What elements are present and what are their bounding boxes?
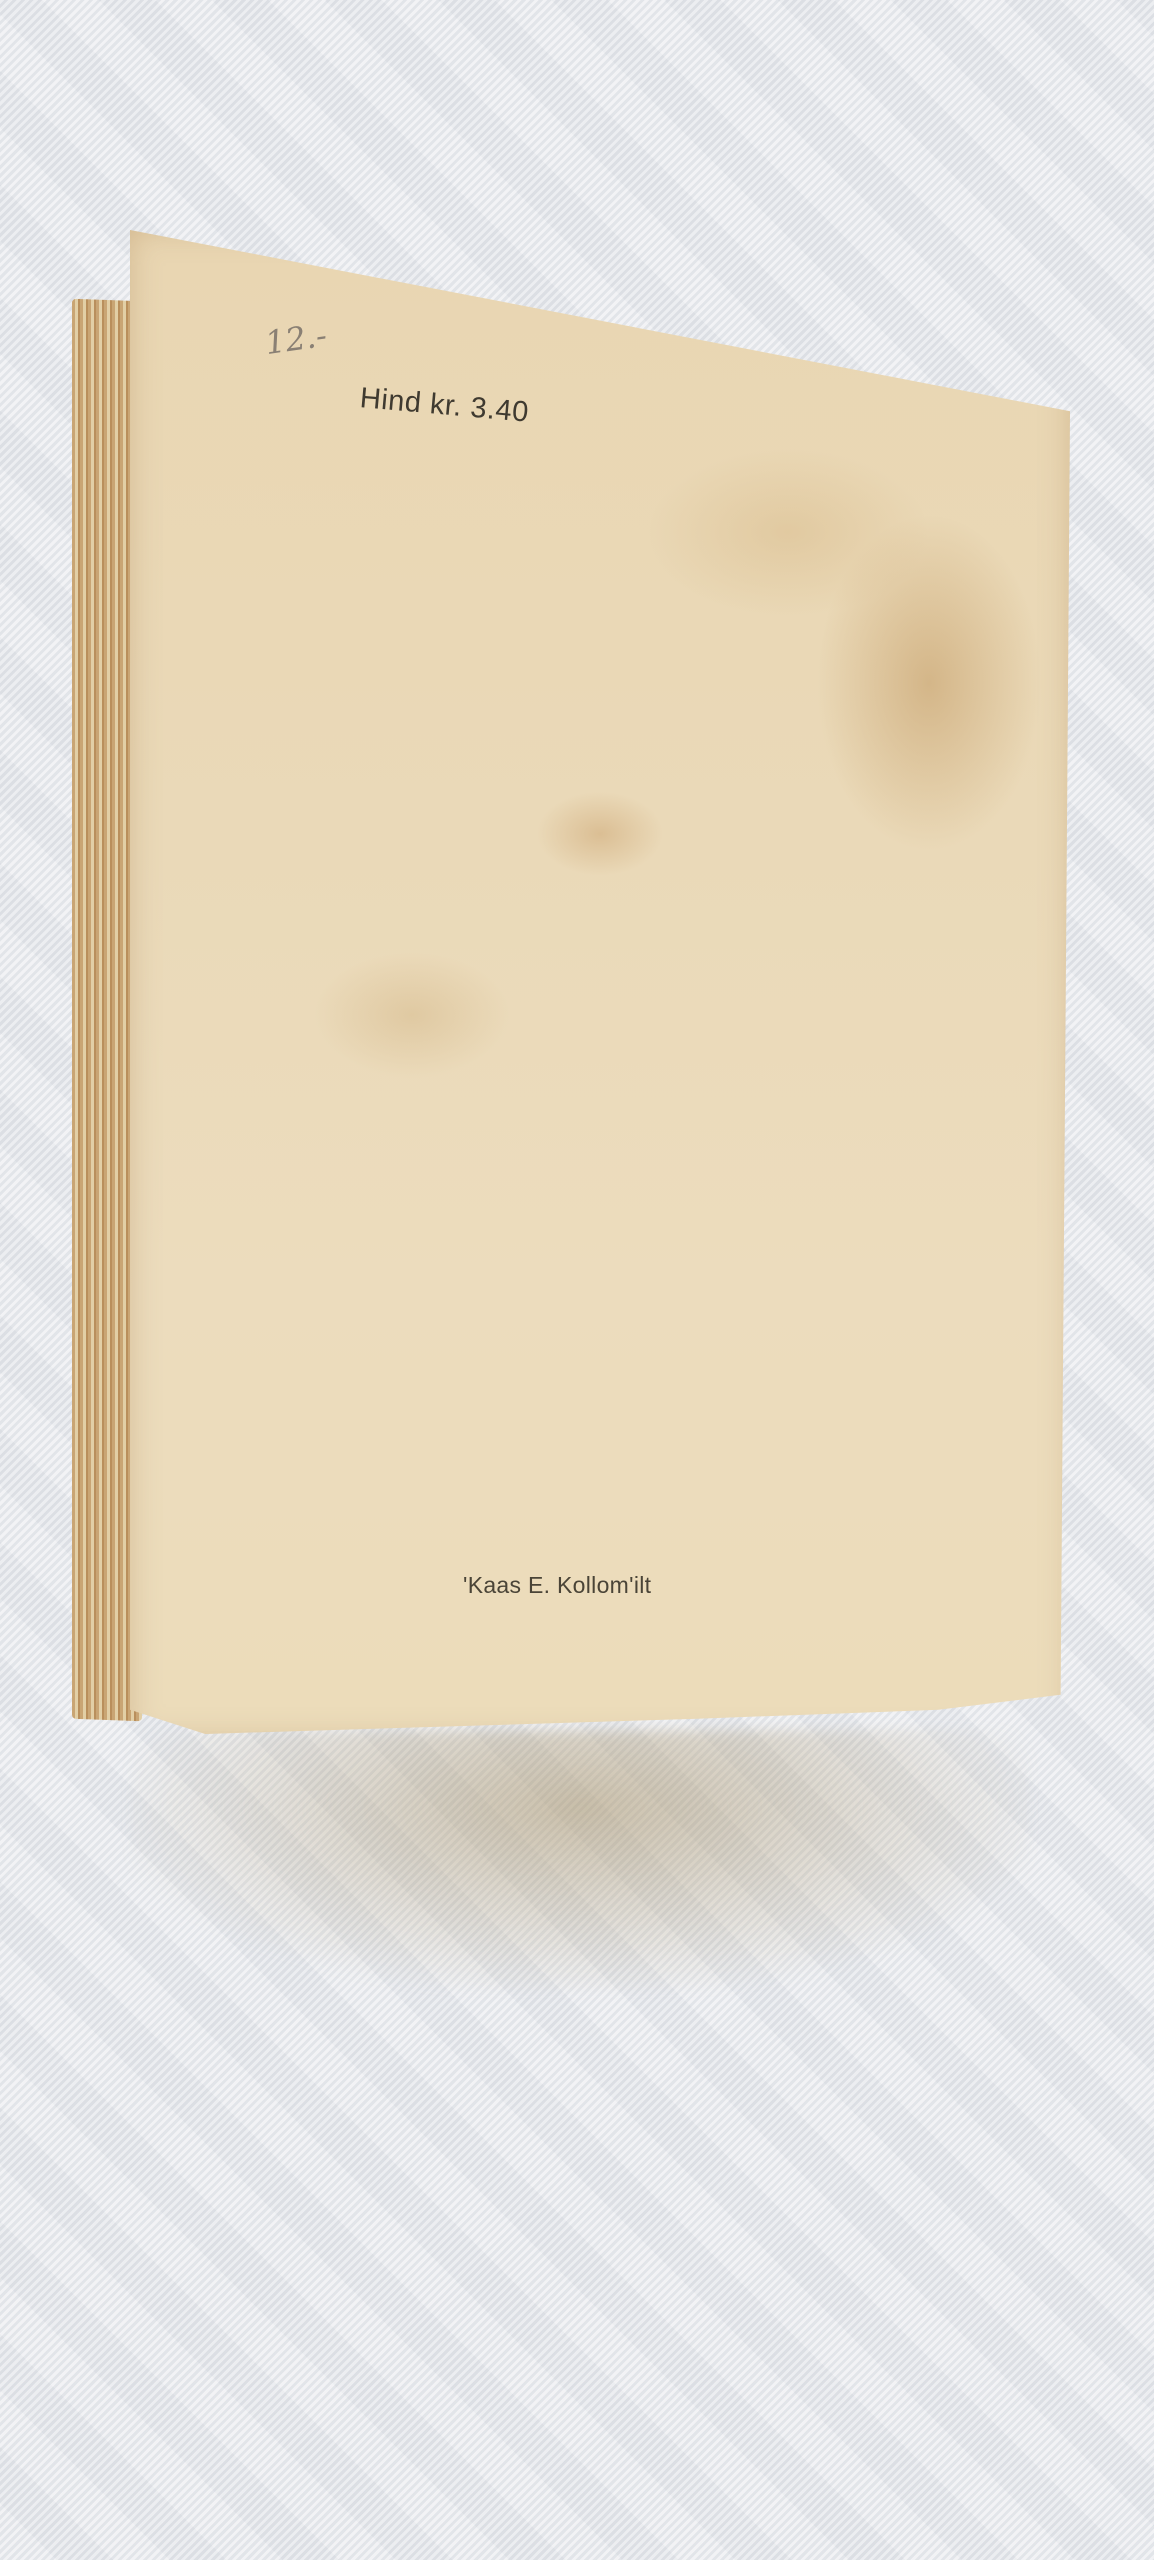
book-shadow	[130, 1730, 1030, 1990]
book-back-cover	[130, 230, 1070, 1740]
publisher-imprint: 'Kaas E. Kollom'ilt	[463, 1572, 651, 1599]
photo-scene: 12.- Hind kr. 3.40 'Kaas E. Kollom'ilt	[0, 0, 1154, 2560]
